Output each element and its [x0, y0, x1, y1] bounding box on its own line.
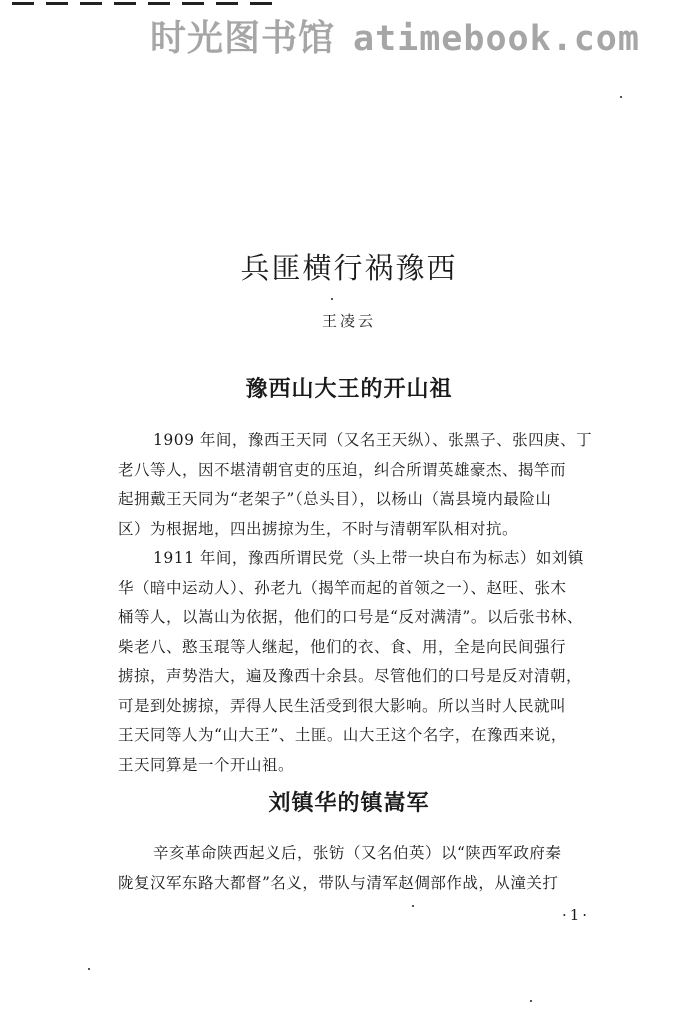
dash [216, 2, 238, 5]
text-line: 王天同等人为“山大王”、土匪。山大王这个名字，在豫西来说， [118, 721, 608, 751]
watermark: 时光图书馆atimebook.com [150, 10, 640, 61]
text-line: 起拥戴王天同为“老架子”（总头目），以杨山（嵩县境内最险山 [118, 485, 608, 515]
text-line: 桶等人，以嵩山为依据，他们的口号是“反对满清”。以后张书林、 [118, 603, 608, 633]
text-line: 辛亥革命陕西起义后，张钫（又名伯英）以“陕西军政府秦 [118, 839, 608, 869]
scan-speck [331, 298, 333, 300]
watermark-url: atimebook.com [353, 19, 640, 59]
scan-artifact-dashes [12, 2, 272, 5]
scan-speck [88, 968, 90, 970]
dash [80, 2, 102, 5]
text-line: 陇复汉军东路大都督”名义，带队与清军赵倜部作战，从潼关打 [118, 869, 608, 899]
section-heading: 刘镇华的镇嵩军 [0, 786, 698, 817]
text-line: 老八等人，因不堪清朝官吏的压迫，纠合所谓英雄豪杰、揭竿而 [118, 456, 608, 486]
scan-speck [530, 1000, 532, 1002]
text-line: 掳掠，声势浩大，遍及豫西十余县。尽管他们的口号是反对清朝， [118, 662, 608, 692]
paragraph: 1909 年间，豫西王天同（又名王天纵）、张黑子、张四庚、丁 老八等人，因不堪清… [118, 426, 608, 544]
dash [250, 2, 272, 5]
text-line: 柴老八、憨玉琨等人继起，他们的衣、食、用，全是向民间强行 [118, 633, 608, 663]
page-number: ·1· [562, 906, 590, 924]
text-line: 区）为根据地，四出掳掠为生，不时与清朝军队相对抗。 [118, 515, 608, 545]
watermark-cn: 时光图书馆 [150, 18, 335, 59]
text-line: 华（暗中运动人）、孙老九（揭竿而起的首领之一）、赵旺、张木 [118, 574, 608, 604]
dash [12, 2, 34, 5]
scan-speck [412, 905, 414, 907]
dash [46, 2, 68, 5]
text-line: 王天同算是一个开山祖。 [118, 751, 608, 781]
text-line: 1909 年间，豫西王天同（又名王天纵）、张黑子、张四庚、丁 [118, 426, 608, 456]
section-heading: 豫西山大王的开山祖 [0, 372, 698, 403]
article-title: 兵匪横行祸豫西 [0, 246, 698, 287]
paragraph: 辛亥革命陕西起义后，张钫（又名伯英）以“陕西军政府秦 陇复汉军东路大都督”名义，… [118, 839, 608, 898]
scan-speck [620, 96, 622, 98]
text-line: 可是到处掳掠，弄得人民生活受到很大影响。所以当时人民就叫 [118, 692, 608, 722]
dash [148, 2, 170, 5]
dash [182, 2, 204, 5]
paragraph: 1911 年间，豫西所谓民党（头上带一块白布为标志）如刘镇 华（暗中运动人）、孙… [118, 544, 608, 780]
dash [114, 2, 136, 5]
text-line: 1911 年间，豫西所谓民党（头上带一块白布为标志）如刘镇 [118, 544, 608, 574]
article-author: 王凌云 [0, 310, 698, 331]
